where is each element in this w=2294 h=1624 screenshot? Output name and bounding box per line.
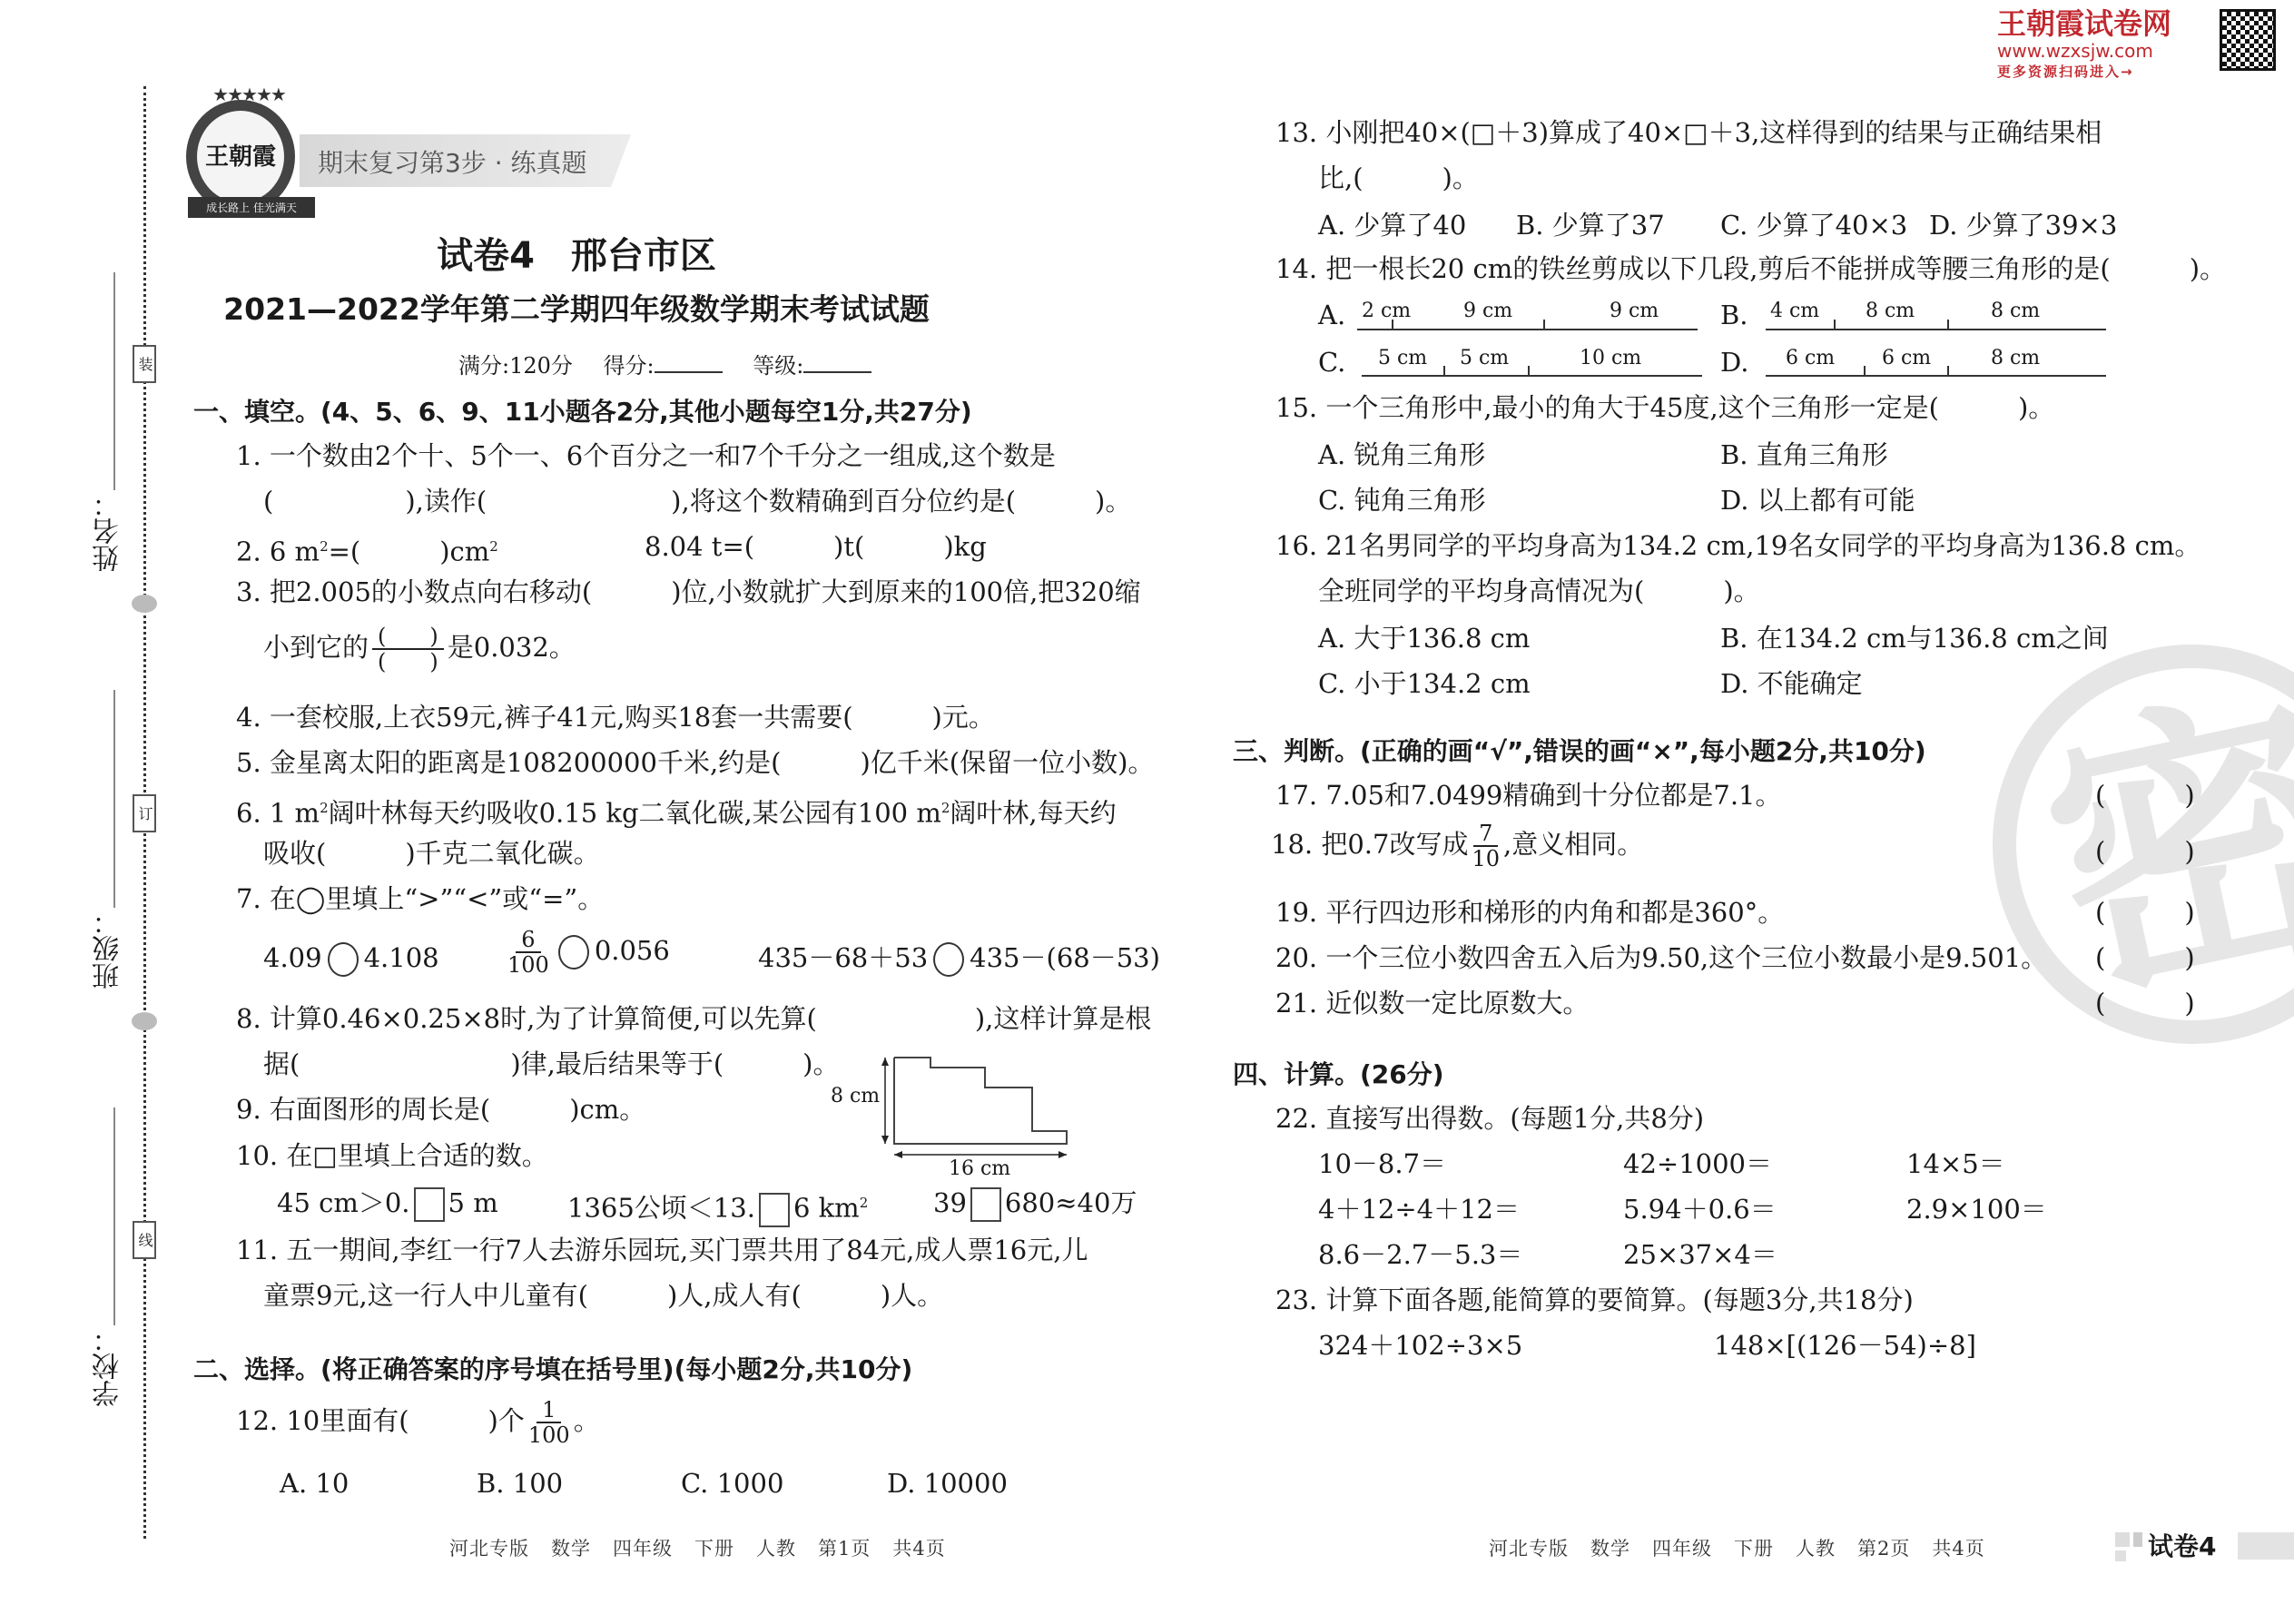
compare-circle[interactable] bbox=[933, 942, 964, 977]
q22-item-4[interactable]: 4＋12÷4＋12＝ bbox=[1318, 1191, 1520, 1227]
q1-line1: 1. 一个数由2个十、5个一、6个百分之一和7个千分之一组成,这个数是 bbox=[236, 438, 1056, 474]
q14-d-seg-3: 8 cm bbox=[1991, 347, 2040, 369]
binding-tag-xian: 线 bbox=[133, 1221, 156, 1259]
q14-a-seg-2: 9 cm bbox=[1463, 300, 1512, 322]
answer-box[interactable] bbox=[759, 1193, 790, 1227]
section-2-title: 二、选择。(将正确答案的序号填在括号里)(每小题2分,共10分) bbox=[193, 1350, 912, 1386]
class-field-label: 班级： bbox=[89, 908, 129, 989]
q15[interactable]: 15. 一个三角形中,最小的角大于45度,这个三角形一定是( )。 bbox=[1275, 389, 2054, 426]
q7-c1-left: 4.09 bbox=[263, 942, 322, 973]
q13-option-c[interactable]: C. 少算了40×3 bbox=[1720, 205, 1907, 242]
q3-post: 是0.032。 bbox=[448, 632, 576, 663]
q7-c3-left: 435－68＋53 bbox=[758, 942, 928, 973]
q7-compare-1[interactable]: 4.094.108 bbox=[263, 940, 439, 977]
q22-item-7[interactable]: 8.6－2.7－5.3＝ bbox=[1318, 1236, 1522, 1273]
q23-item-2[interactable]: 148×[(126－54)÷8] bbox=[1714, 1327, 1976, 1363]
q7-frac-num: 6 bbox=[516, 928, 540, 953]
q14-option-b-label[interactable]: B. bbox=[1720, 300, 1748, 330]
q2-part-b[interactable]: 8.04 t=( )t( )kg bbox=[645, 528, 987, 565]
q10-c-post: 680≈40万 bbox=[1005, 1187, 1137, 1218]
q10-b[interactable]: 1365公顷＜13.6 km2 bbox=[567, 1185, 868, 1227]
paper-tab-decor bbox=[2115, 1532, 2130, 1547]
banner-text: 期末复习第3步 · 练真题 bbox=[318, 143, 587, 180]
q18-frac-num: 7 bbox=[1473, 822, 1498, 847]
q20: 20. 一个三位小数四舍五入后为9.50,这个三位小数最小是9.501。 bbox=[1275, 940, 2047, 976]
binding-tag-ding: 订 bbox=[133, 794, 156, 832]
q8-line1[interactable]: 8. 计算0.46×0.25×8时,为了计算简便,可以先算( ),这样计算是根 bbox=[236, 1000, 1151, 1037]
logo-text: 王朝霞 bbox=[197, 138, 284, 172]
footer-left: 河北专版数学四年级下册人教第1页共4页 bbox=[449, 1534, 968, 1561]
full-score: 满分:120分 bbox=[458, 353, 573, 379]
q22-item-8[interactable]: 25×37×4＝ bbox=[1623, 1236, 1777, 1273]
segment-tick bbox=[1543, 320, 1545, 329]
q10-a-post: 5 m bbox=[448, 1187, 498, 1218]
q1-line2[interactable]: ( ),读作( ),将这个数精确到百分位约是( )。 bbox=[263, 483, 1131, 519]
q6-line1: 6. 1 m2阔叶林每天约吸收0.15 kg二氧化碳,某公园有100 m2阔叶林… bbox=[236, 790, 1117, 832]
q14[interactable]: 14. 把一根长20 cm的铁丝剪成以下几段,剪后不能拼成等腰三角形的是( )。 bbox=[1275, 251, 2226, 287]
q3-pre: 小到它的 bbox=[263, 632, 369, 663]
q15-option-d[interactable]: D. 以上都有可能 bbox=[1720, 480, 1915, 517]
q19-answer-paren[interactable]: ( ) bbox=[2095, 894, 2195, 930]
q9-width-label: 16 cm bbox=[949, 1157, 1010, 1180]
q7-c3-right: 435－(68－53) bbox=[970, 942, 1160, 973]
q6-b: 阔叶林每天约吸收0.15 kg二氧化碳,某公园有100 m bbox=[329, 798, 941, 829]
q16-option-b[interactable]: B. 在134.2 cm与136.8 cm之间 bbox=[1720, 618, 2109, 655]
paper-tab-bar bbox=[2238, 1532, 2294, 1560]
q9[interactable]: 9. 右面图形的周长是( )cm。 bbox=[236, 1091, 645, 1127]
q14-b-seg-3: 8 cm bbox=[1991, 300, 2040, 322]
q15-option-b[interactable]: B. 直角三角形 bbox=[1720, 435, 1888, 472]
segment-tick bbox=[1834, 320, 1836, 329]
site-url[interactable]: www.wzxsjw.com bbox=[1997, 40, 2215, 62]
q16-option-c[interactable]: C. 小于134.2 cm bbox=[1318, 664, 1531, 701]
q19: 19. 平行四边形和梯形的内角和都是360°。 bbox=[1275, 894, 1784, 930]
grade-blank[interactable] bbox=[803, 371, 871, 373]
binding-tag-zhuang: 装 bbox=[133, 345, 156, 383]
q10-c[interactable]: 39680≈40万 bbox=[933, 1185, 1137, 1222]
q10-a-pre: 45 cm＞0. bbox=[277, 1187, 410, 1218]
q9-height-label: 8 cm bbox=[831, 1085, 880, 1107]
q10-b-pre: 1365公顷＜13. bbox=[567, 1193, 755, 1224]
q13-option-d[interactable]: D. 少算了39×3 bbox=[1929, 205, 2117, 242]
q5[interactable]: 5. 金星离太阳的距离是108200000千米,约是( )亿千米(保留一位小数)… bbox=[236, 744, 1154, 781]
q14-a-seg-1: 2 cm bbox=[1362, 300, 1411, 322]
compare-circle[interactable] bbox=[328, 942, 359, 977]
q14-b-seg-1: 4 cm bbox=[1770, 300, 1819, 322]
site-brand[interactable]: 王朝霞试卷网 www.wzxsjw.com 更多资源扫码进入→ bbox=[1997, 7, 2215, 81]
q21: 21. 近似数一定比原数大。 bbox=[1275, 985, 1589, 1021]
q7-frac-den: 100 bbox=[507, 953, 549, 977]
grade-label: 等级: bbox=[753, 353, 803, 379]
q10-a[interactable]: 45 cm＞0.5 m bbox=[277, 1185, 498, 1222]
q3-fraction[interactable]: ( )( ) bbox=[372, 625, 444, 674]
qr-code-icon[interactable] bbox=[2220, 9, 2276, 71]
segment-tick bbox=[1443, 366, 1445, 375]
q3-frac-num: ( ) bbox=[372, 625, 444, 650]
q23: 23. 计算下面各题,能简算的要简算。(每题3分,共18分) bbox=[1275, 1282, 1914, 1318]
exam-subtitle: 2021—2022学年第二学期四年级数学期末考试试题 bbox=[0, 286, 1153, 329]
q18: 18. 把0.7改写成710,意义相同。 bbox=[1271, 822, 1643, 871]
q18-frac-den: 10 bbox=[1472, 847, 1500, 871]
q16-line2[interactable]: 全班同学的平均身高情况为( )。 bbox=[1318, 573, 1760, 609]
q2-a-pre: 2. 6 m bbox=[236, 536, 320, 567]
section-banner: 期末复习第3步 · 练真题 bbox=[300, 134, 631, 187]
q17-answer-paren[interactable]: ( ) bbox=[2095, 777, 2195, 813]
q20-answer-paren[interactable]: ( ) bbox=[2095, 940, 2195, 976]
q14-c-seg-1: 5 cm bbox=[1378, 347, 1427, 369]
q14-a-segment-line bbox=[1357, 329, 1698, 330]
q7-c2-right: 0.056 bbox=[595, 935, 670, 966]
q12-option-c[interactable]: C. 1000 bbox=[681, 1468, 783, 1499]
q2-part-a[interactable]: 2. 6 m2=( )cm2 bbox=[236, 528, 498, 570]
q17: 17. 7.05和7.0499精确到十分位都是7.1。 bbox=[1275, 777, 1782, 813]
q12[interactable]: 12. 10里面有( )个1100。 bbox=[236, 1398, 600, 1447]
q12-option-b[interactable]: B. 100 bbox=[477, 1468, 563, 1499]
answer-box[interactable] bbox=[970, 1187, 1001, 1222]
q12-fraction: 1100 bbox=[528, 1398, 570, 1447]
paper-tab: 试卷4 bbox=[2148, 1527, 2216, 1563]
q13-option-a[interactable]: A. 少算了40 bbox=[1318, 205, 1466, 242]
q14-c-seg-2: 5 cm bbox=[1460, 347, 1509, 369]
site-cta: 更多资源扫码进入→ bbox=[1997, 62, 2215, 81]
q14-c-seg-3: 10 cm bbox=[1580, 347, 1641, 369]
q22-item-3[interactable]: 14×5＝ bbox=[1906, 1146, 2005, 1182]
q6-line2[interactable]: 吸收( )千克二氧化碳。 bbox=[263, 835, 600, 871]
q16-option-a[interactable]: A. 大于136.8 cm bbox=[1318, 618, 1530, 655]
q13-option-b[interactable]: B. 少算了37 bbox=[1516, 205, 1665, 242]
footer-right: 河北专版数学四年级下册人教第2页共4页 bbox=[1489, 1534, 2007, 1561]
segment-tick bbox=[1947, 366, 1949, 375]
logo-stars-icon: ★★★★★ bbox=[190, 84, 308, 105]
score-blank[interactable] bbox=[655, 371, 723, 373]
q6-c: 阔叶林,每天约 bbox=[950, 798, 1116, 829]
q18-pre: 18. 把0.7改写成 bbox=[1271, 829, 1468, 860]
q13-line1: 13. 小刚把40×(□＋3)算成了40×□＋3,这样得到的结果与正确结果相 bbox=[1275, 114, 2102, 151]
q7-compare-3[interactable]: 435－68＋53435－(68－53) bbox=[758, 940, 1160, 977]
q14-d-seg-2: 6 cm bbox=[1882, 347, 1931, 369]
exam-title: 试卷4 邢台市区 bbox=[0, 227, 1153, 279]
q14-a-seg-3: 9 cm bbox=[1610, 300, 1659, 322]
q23-item-1[interactable]: 324＋102÷3×5 bbox=[1318, 1327, 1522, 1363]
q15-option-a[interactable]: A. 锐角三角形 bbox=[1318, 435, 1485, 472]
q14-d-segment-line bbox=[1766, 375, 2106, 377]
q12-frac-den: 100 bbox=[528, 1423, 570, 1447]
paper-tab-decor bbox=[2115, 1550, 2126, 1561]
score-line: 满分:120分 得分: 等级: bbox=[458, 348, 871, 379]
q14-b-segment-line bbox=[1766, 329, 2106, 330]
q15-option-c[interactable]: C. 钝角三角形 bbox=[1318, 480, 1486, 517]
q16-option-d[interactable]: D. 不能确定 bbox=[1720, 664, 1863, 701]
paper-tab-decor bbox=[2133, 1532, 2142, 1547]
q12-option-a[interactable]: A. 10 bbox=[280, 1468, 349, 1499]
q12-pre: 12. 10里面有( )个 bbox=[236, 1405, 525, 1436]
site-name: 王朝霞试卷网 bbox=[1997, 7, 2215, 40]
answer-box[interactable] bbox=[414, 1187, 445, 1222]
q21-answer-paren[interactable]: ( ) bbox=[2095, 985, 2195, 1021]
segment-tick bbox=[1864, 366, 1866, 375]
q10: 10. 在□里填上合适的数。 bbox=[236, 1137, 548, 1174]
q12-option-d[interactable]: D. 10000 bbox=[887, 1468, 1008, 1499]
q2-a-mid: =( )cm bbox=[329, 536, 490, 567]
q3-line2[interactable]: 小到它的( )( )是0.032。 bbox=[263, 625, 576, 674]
q14-b-seg-2: 8 cm bbox=[1866, 300, 1915, 322]
binding-emblem-icon bbox=[132, 1012, 157, 1030]
q14-option-a-label[interactable]: A. bbox=[1318, 300, 1345, 330]
q3-frac-den: ( ) bbox=[378, 650, 438, 674]
q3-line1[interactable]: 3. 把2.005的小数点向右移动( )位,小数就扩大到原来的100倍,把320… bbox=[236, 574, 1141, 610]
q11-line1: 11. 五一期间,李红一行7人去游乐园玩,买门票共用了84元,成人票16元,儿 bbox=[236, 1232, 1088, 1268]
q11-line2[interactable]: 童票9元,这一行人中儿童有( )人,成人有( )人。 bbox=[263, 1277, 943, 1314]
class-field-line[interactable] bbox=[113, 690, 115, 908]
q7: 7. 在◯里填上“>”“<”或“=”。 bbox=[236, 881, 604, 917]
q14-option-d-label[interactable]: D. bbox=[1720, 347, 1748, 378]
q10-c-pre: 39 bbox=[933, 1187, 967, 1218]
q10-b-post: 6 km bbox=[793, 1193, 860, 1224]
q13-line2[interactable]: 比,( )。 bbox=[1318, 160, 1479, 196]
segment-tick bbox=[1528, 366, 1530, 375]
q4[interactable]: 4. 一套校服,上衣59元,裤子41元,购买18套一共需要( )元。 bbox=[236, 699, 995, 735]
school-field-label: 学校： bbox=[89, 1325, 129, 1407]
q6-a: 6. 1 m bbox=[236, 798, 320, 829]
q12-frac-num: 1 bbox=[537, 1398, 561, 1423]
segment-tick bbox=[1947, 320, 1949, 329]
q22-item-2[interactable]: 42÷1000＝ bbox=[1623, 1146, 1772, 1182]
q22-item-5[interactable]: 5.94＋0.6＝ bbox=[1623, 1191, 1777, 1227]
school-field-line[interactable] bbox=[113, 1107, 115, 1325]
q16-line1: 16. 21名男同学的平均身高为134.2 cm,19名女同学的平均身高为136… bbox=[1275, 527, 2200, 564]
q18-post: ,意义相同。 bbox=[1503, 829, 1643, 860]
q7-compare-2[interactable]: 61000.056 bbox=[504, 928, 670, 977]
logo-ribbon: 成长路上 佳光满天 bbox=[188, 197, 315, 218]
q14-d-seg-1: 6 cm bbox=[1786, 347, 1835, 369]
q18-fraction: 710 bbox=[1472, 822, 1500, 871]
q8-line2[interactable]: 据( )律,最后结果等于( )。 bbox=[263, 1046, 839, 1082]
compare-circle[interactable] bbox=[558, 935, 589, 969]
q7-fraction: 6100 bbox=[507, 928, 549, 977]
section-3-title: 三、判断。(正确的画“√”,错误的画“×”,每小题2分,共10分) bbox=[1233, 732, 1926, 768]
q22: 22. 直接写出得数。(每题1分,共8分) bbox=[1275, 1100, 1704, 1137]
binding-emblem-icon bbox=[132, 595, 157, 613]
q18-answer-paren[interactable]: ( ) bbox=[2095, 833, 2195, 870]
q12-post: 。 bbox=[574, 1405, 600, 1436]
q14-option-c-label[interactable]: C. bbox=[1318, 347, 1345, 378]
score-label: 得分: bbox=[604, 353, 655, 379]
section-1-title: 一、填空。(4、5、6、9、11小题各2分,其他小题每空1分,共27分) bbox=[193, 392, 972, 428]
section-4-title: 四、计算。(26分) bbox=[1233, 1055, 1444, 1091]
q14-c-segment-line bbox=[1362, 375, 1702, 377]
name-field-label: 姓名： bbox=[89, 490, 129, 572]
q22-item-6[interactable]: 2.9×100＝ bbox=[1906, 1191, 2047, 1227]
q22-item-1[interactable]: 10－8.7＝ bbox=[1318, 1146, 1446, 1182]
brand-logo: ★★★★★ 王朝霞 成长路上 佳光满天 bbox=[186, 100, 295, 213]
q7-c1-right: 4.108 bbox=[364, 942, 439, 973]
